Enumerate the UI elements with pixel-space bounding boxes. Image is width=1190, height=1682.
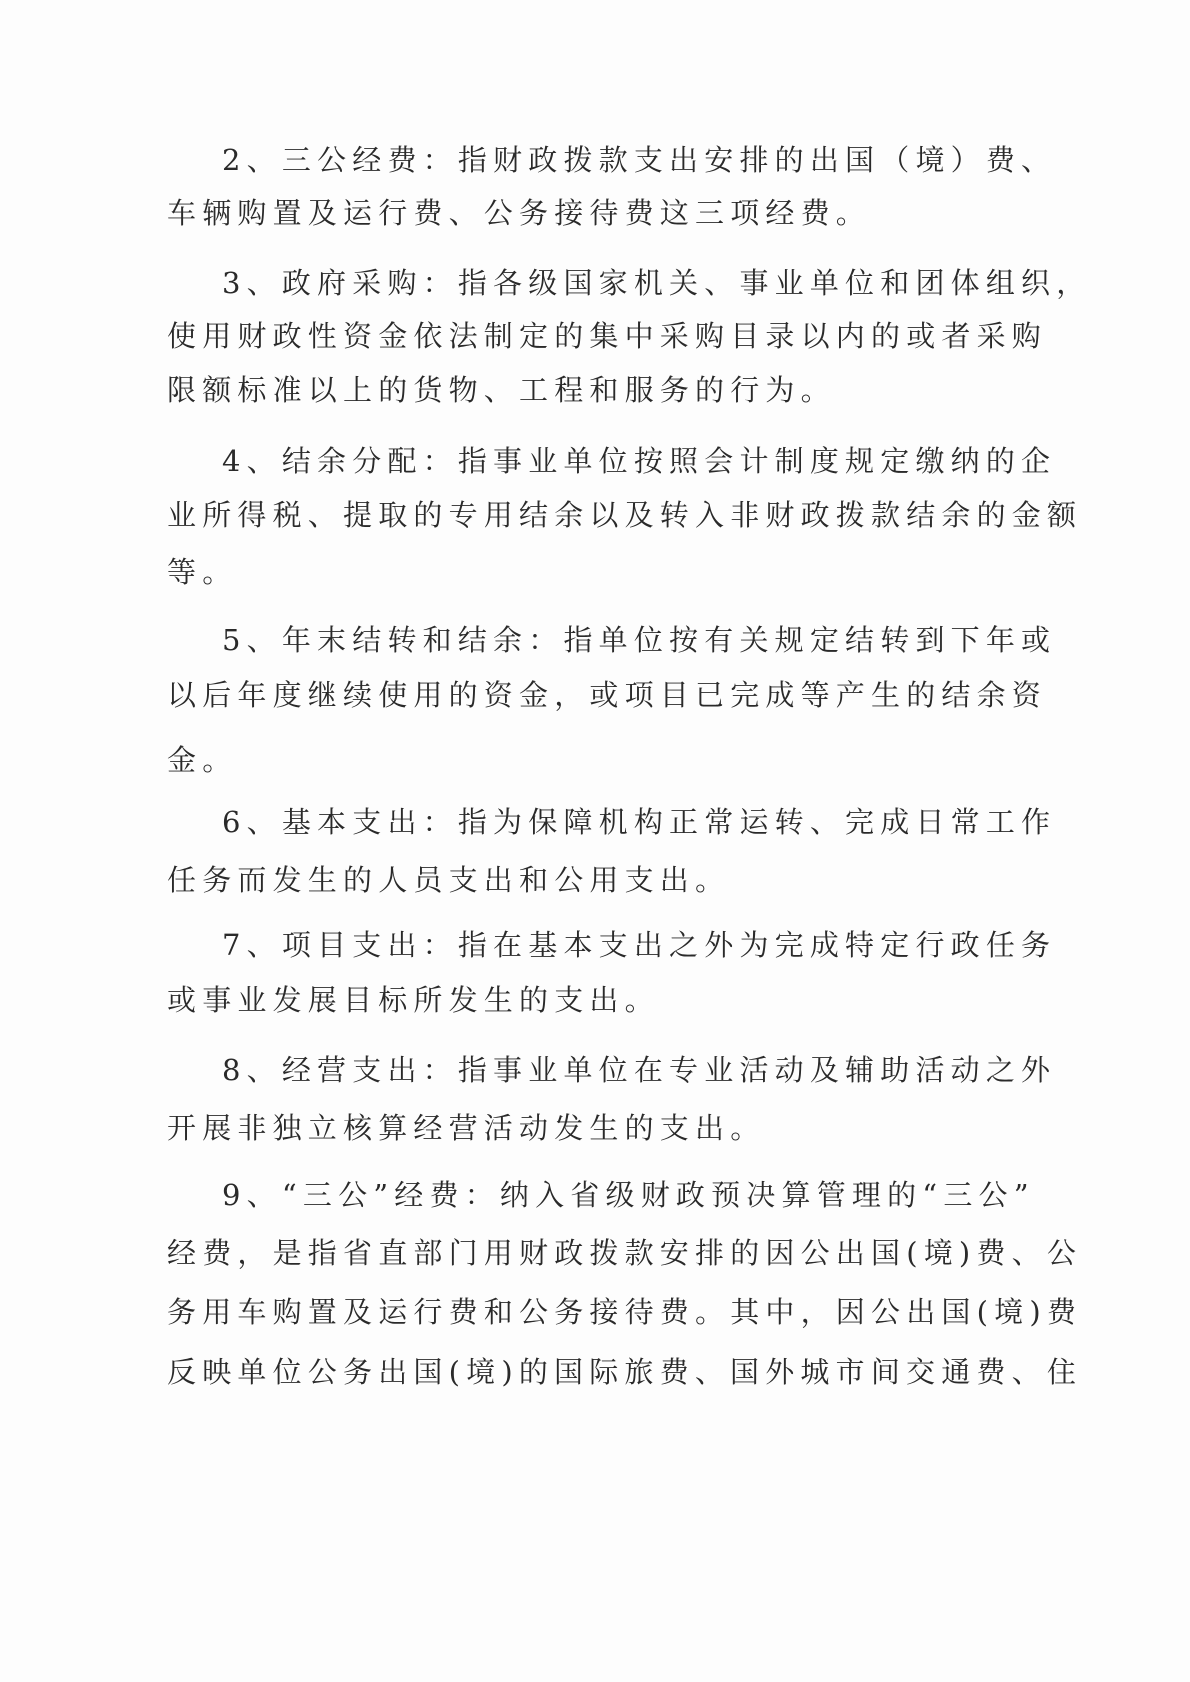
text-line: 6、基本支出：指为保障机构正常运转、完成日常工作 xyxy=(222,802,1056,842)
text-line: 3、政府采购：指各级国家机关、事业单位和团体组织， xyxy=(222,263,1091,303)
text-line: 等。 xyxy=(167,552,237,592)
text-line: 5、年末结转和结余：指单位按有关规定结转到下年或 xyxy=(222,620,1056,660)
text-line: 4、结余分配：指事业单位按照会计制度规定缴纳的企 xyxy=(222,441,1056,481)
text-line: 限额标准以上的货物、工程和服务的行为。 xyxy=(167,370,836,410)
text-line: 以后年度继续使用的资金，或项目已完成等产生的结余资 xyxy=(167,675,1047,715)
text-line: 或事业发展目标所发生的支出。 xyxy=(167,980,660,1020)
document-page: 2、三公经费：指财政拨款支出安排的出国（境）费、 车辆购置及运行费、公务接待费这… xyxy=(0,0,1190,1682)
text-line: 开展非独立核算经营活动发生的支出。 xyxy=(167,1108,765,1148)
text-line: 业所得税、提取的专用结余以及转入非财政拨款结余的金额 xyxy=(167,495,1082,535)
text-line: 9、“三公”经费：纳入省级财政预决算管理的“三公” xyxy=(222,1175,1035,1215)
text-line: 2、三公经费：指财政拨款支出安排的出国（境）费、 xyxy=(222,140,1056,180)
text-line: 金。 xyxy=(167,740,237,780)
text-line: 8、经营支出：指事业单位在专业活动及辅助活动之外 xyxy=(222,1050,1056,1090)
text-line: 任务而发生的人员支出和公用支出。 xyxy=(167,860,730,900)
text-line: 7、项目支出：指在基本支出之外为完成特定行政任务 xyxy=(222,925,1056,965)
text-line: 车辆购置及运行费、公务接待费这三项经费。 xyxy=(167,193,871,233)
text-line: 务用车购置及运行费和公务接待费。其中，因公出国(境)费 xyxy=(167,1292,1082,1332)
text-line: 使用财政性资金依法制定的集中采购目录以内的或者采购 xyxy=(167,316,1047,356)
text-line: 反映单位公务出国(境)的国际旅费、国外城市间交通费、住 xyxy=(167,1352,1082,1392)
text-line: 经费，是指省直部门用财政拨款安排的因公出国(境)费、公 xyxy=(167,1233,1082,1273)
